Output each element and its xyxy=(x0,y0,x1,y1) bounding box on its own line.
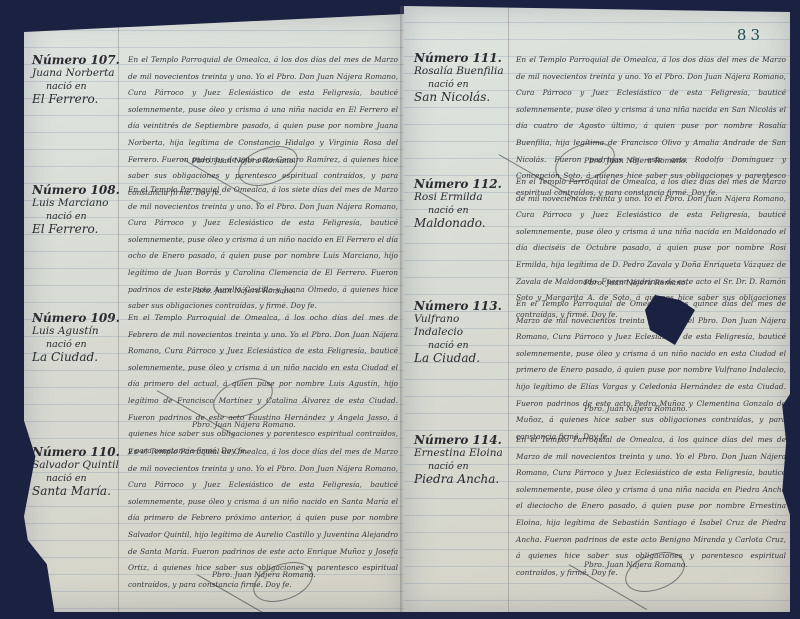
entry-sidebar: Número 114. Ernestina Eloina nació en Pi… xyxy=(414,434,506,486)
birth-place: El Ferrero. xyxy=(32,223,124,236)
entry-number: Número 107. xyxy=(32,54,124,67)
birth-place: Piedra Ancha. xyxy=(414,473,506,486)
entry-sidebar: Número 109. Luis Agustín nació en La Ciu… xyxy=(32,312,124,364)
child-name: Salvador Quintil xyxy=(32,459,124,472)
entry-number: Número 113. xyxy=(414,300,506,313)
priest-signature: Pbro. Juan Nájera Romano. xyxy=(584,404,688,413)
entry-number: Número 111. xyxy=(414,52,506,65)
baptism-entry-114: Número 114. Ernestina Eloina nació en Pi… xyxy=(414,432,784,592)
baptism-entry-113: Número 113. Vulfrano Indalecio nació en … xyxy=(414,296,784,421)
entry-number: Número 109. xyxy=(32,312,124,325)
child-name: Rosi Ermilda xyxy=(414,191,506,204)
child-name: Vulfrano Indalecio xyxy=(414,313,506,339)
child-name: Juana Norberta xyxy=(32,67,124,80)
entry-sidebar: Número 108. Luis Marciano nació en El Fe… xyxy=(32,184,124,236)
baptism-entry-107: Número 107. Juana Norberta nació en El F… xyxy=(32,52,402,177)
entry-number: Número 114. xyxy=(414,434,506,447)
birth-place: Santa María. xyxy=(32,485,124,498)
entry-sidebar: Número 111. Rosalía Buenfilia nació en S… xyxy=(414,52,506,104)
baptism-entry-109: Número 109. Luis Agustín nació en La Ciu… xyxy=(32,310,402,435)
right-page: 83 Número 111. Rosalía Buenfilia nació e… xyxy=(404,6,790,612)
child-name: Ernestina Eloina xyxy=(414,447,506,460)
entry-sidebar: Número 112. Rosi Ermilda nació en Maldon… xyxy=(414,178,506,230)
left-page: Número 107. Juana Norberta nació en El F… xyxy=(24,14,404,612)
page-number: 83 xyxy=(737,26,764,44)
priest-signature: Pbro. Juan Nájera Romano. xyxy=(584,278,688,287)
baptism-entry-110: Número 110. Salvador Quintil nació en Sa… xyxy=(32,444,402,604)
entry-number: Número 112. xyxy=(414,178,506,191)
priest-signature: Pbro. Juan Nájera Romano. xyxy=(192,286,296,295)
birth-place: Maldonado. xyxy=(414,217,506,230)
baptism-entry-112: Número 112. Rosi Ermilda nació en Maldon… xyxy=(414,174,784,294)
entry-sidebar: Número 107. Juana Norberta nació en El F… xyxy=(32,54,124,106)
birth-place: La Ciudad. xyxy=(414,352,506,365)
birth-place: San Nicolás. xyxy=(414,91,506,104)
entry-sidebar: Número 110. Salvador Quintil nació en Sa… xyxy=(32,446,124,498)
baptism-entry-111: Número 111. Rosalía Buenfilia nació en S… xyxy=(414,52,784,172)
birth-place: La Ciudad. xyxy=(32,351,124,364)
child-name: Rosalía Buenfilia xyxy=(414,65,506,78)
entry-sidebar: Número 113. Vulfrano Indalecio nació en … xyxy=(414,300,506,365)
priest-signature: Pbro. Juan Nájera Romano. xyxy=(192,420,296,429)
baptism-entry-108: Número 108. Luis Marciano nació en El Fe… xyxy=(32,182,402,307)
entry-number: Número 110. xyxy=(32,446,124,459)
child-name: Luis Agustín xyxy=(32,325,124,338)
birth-place: El Ferrero. xyxy=(32,93,124,106)
child-name: Luis Marciano xyxy=(32,197,124,210)
entry-number: Número 108. xyxy=(32,184,124,197)
register-book-spread: Número 107. Juana Norberta nació en El F… xyxy=(0,0,800,619)
